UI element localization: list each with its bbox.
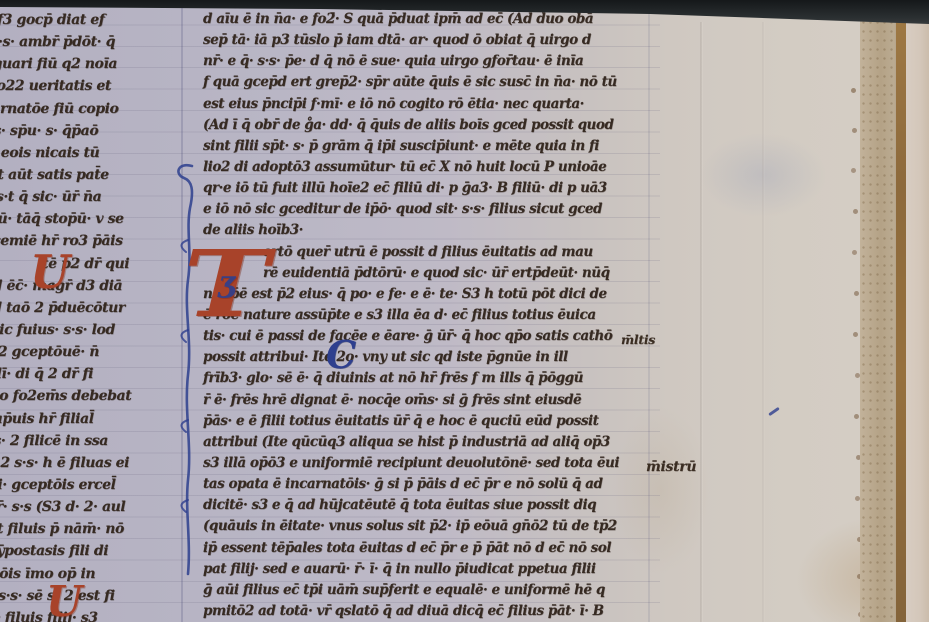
text-line: ambo22 ueritatis et xyxy=(0,75,179,97)
text-line: dicitē· s3 e q̄ ad hūjcatēutē q̄ tota ēu… xyxy=(203,495,653,516)
text-line: 3 ilnū· tāq̄ stop̄ū· v se xyxy=(0,208,179,230)
text-line: rē ad ēc̄· magr̄ d3 diā xyxy=(0,275,179,297)
text-line: e· s·s· sp̄u· s· q̄p̄aō xyxy=(0,120,179,142)
text-line: p̄ 2 sic fuius· s·s· lod xyxy=(0,319,179,341)
left-text-column: fau̇· f3 gocp̄ diat efaō· s·s· ambr̄ p̄d… xyxy=(0,9,179,622)
text-line: amplī· di q̄ 2 dr̄ fi xyxy=(0,363,179,385)
text-line: sep̄ tā· iā p3 tūslo p̄ iam dtā· ar· quo… xyxy=(203,30,653,51)
margin-note: m̄ltis xyxy=(621,332,655,347)
text-line: qr·e iō tū fuit illū hoīe2 ec̄ filiū di·… xyxy=(203,178,653,199)
text-line: tū gap̄uis hr̄ filial̄ xyxy=(0,408,179,430)
initial-U-rubricated: U xyxy=(30,249,70,295)
text-line: de aliis hoīb3· xyxy=(203,220,653,241)
margin-note: m̄istrū xyxy=(646,459,696,475)
text-line: s· B ȳpostasis fili di xyxy=(0,540,179,562)
blue-filigree-icon: ʒ xyxy=(218,268,235,298)
text-line: quod taō 2 p̄duēcōtur xyxy=(0,297,179,319)
page-edge-tan-band xyxy=(860,0,898,622)
prick-holes xyxy=(851,88,856,93)
text-line: g·a3 2 s·s· h ē filuas ei xyxy=(0,452,179,474)
text-line: f·s·s· sē si 2 est fi xyxy=(0,585,179,607)
text-line: ḡ aūi filius ec̄ tp̄i uām̄ sup̄ferit e e… xyxy=(203,580,653,601)
text-line: pat filij· sed e auarū· r̄· ī· q̄ in nul… xyxy=(203,559,653,580)
text-line: e· s·s· 2 filicē in ssa xyxy=(0,430,179,452)
text-line: nte semiē hr̄ ro3 p̄āis xyxy=(0,230,179,252)
text-line: multo fo2em̄s debebat xyxy=(0,385,179,407)
text-line: frīb3· glo· sē ē· q̄ diuinis at nō hr̄ f… xyxy=(203,368,653,389)
manuscript-photo: fau̇· f3 gocp̄ diat efaō· s·s· ambr̄ p̄d… xyxy=(0,0,929,622)
page-edge-outer-leaf xyxy=(906,0,929,622)
initial-T-rubricated: T ʒ xyxy=(183,238,269,330)
text-line: ū ap̄ eois nicais tū xyxy=(0,142,179,164)
text-line: q̄ hūt aūt satis pat̄e xyxy=(0,164,179,186)
text-line: tas opata ē incarnatōis· ḡ si p̄ p̄āis d… xyxy=(203,474,653,495)
text-line: · fiū 2 gceptōuē· n̄ xyxy=(0,341,179,363)
text-line: tē p2 dr̄ qui xyxy=(0,253,179,275)
initial-C-blue-paraph: C xyxy=(326,336,356,374)
text-line: n̄ icarnatōe fiū copio xyxy=(0,98,179,120)
text-line: lio2 di adoptō3 assumūtur· tū ec̄ X nō h… xyxy=(203,157,653,178)
text-line: assiguari fiū q2 noīa xyxy=(0,53,179,75)
text-line: sint filii sp̄t· s· p̄ grām q̄ ip̄i susc… xyxy=(203,136,653,157)
parchment-crease-2 xyxy=(762,22,765,622)
text-line: p̄ās· e ē filii totius ēuitatis ūr̄ q̄ e… xyxy=(203,411,653,432)
text-line: nō ip̄ē est p̄2 eius· q̄ po· e fe· e ē· … xyxy=(203,284,653,305)
text-line: is est filuis p̄ nām̄· nō xyxy=(0,518,179,540)
text-line: (quāuis in ēitate· vnus solus sit p̄2· i… xyxy=(203,516,653,537)
text-line: (Ad ī q̄ obr̄ de g̊a· dd· q̄ q̄uis de al… xyxy=(203,115,653,136)
text-line: tis· cui ē passi de facēe e ēare· ḡ ūr̄·… xyxy=(203,326,653,347)
blue-pen-mark xyxy=(768,407,780,416)
page-edge-rust-streak xyxy=(896,0,906,622)
text-line: s3 illā op̄ō3 e uniformiē recipiunt deuo… xyxy=(203,453,653,474)
text-line: f quā gcep̄d ert grep̄2· sp̄r aūte q̄uis… xyxy=(203,72,653,93)
text-line: est eius p̄ncip̄i f·mī· e iō nō cogito r… xyxy=(203,94,653,115)
text-line: attribui (Ite qūcūq3 aliqua se hist p̄ i… xyxy=(203,432,653,453)
parchment-crease xyxy=(700,22,703,622)
text-line: aō· s·s· ambr̄ p̄dōt· q̄ xyxy=(0,31,179,53)
text-line: nr̄· e q̄· s·s· p̄e· d q̄ nō ē sue· quia… xyxy=(203,51,653,72)
text-line: possit attribui· Ite 2o· vny ut sic qd i… xyxy=(203,347,653,368)
text-line: e iō nō sic gceditur de ip̄ō· quod sit· … xyxy=(203,199,653,220)
initial-U-rubricated-bottom: U xyxy=(46,581,83,622)
text-line: fau̇· f3 gocp̄ diat ef xyxy=(0,9,179,31)
text-line: pmitō2 ad totā· vr̄ qslatō q̄ ad diuā di… xyxy=(203,601,653,622)
main-text-column: d aīu ē in n̄a· e fo2̄· S quā p̄duat ipm… xyxy=(203,9,653,622)
text-line: fili ei· gceptōis ercel̄ xyxy=(0,474,179,496)
vertical-ruling-left xyxy=(181,0,183,622)
text-line: rē euidentiā p̄dtōrū· e quod sic· ūr̄ er… xyxy=(203,263,653,284)
text-line: ertō quer̄ utrū ē possit d filius ēuitat… xyxy=(203,242,653,263)
text-line: us f·s·t q̄ sic· ūr̄ n̄a xyxy=(0,186,179,208)
text-line: r̄ ē· frēs hrē dignat ē· nocq̄e om̄s· si… xyxy=(203,390,653,411)
text-line: ip̄ essent tēp̄ales tota ēuitas d ec̄ p̄… xyxy=(203,538,653,559)
text-line: 1·p̄·ē filuis filij· s3 xyxy=(0,607,179,622)
text-line: ē rōe nature assūp̄te e s3 illa ēa d· ec… xyxy=(203,305,653,326)
text-line: filiatōis īmo op̄ in xyxy=(0,563,179,585)
text-line: ō· q̄ r̄· s·s (S3 d· 2· aul xyxy=(0,496,179,518)
